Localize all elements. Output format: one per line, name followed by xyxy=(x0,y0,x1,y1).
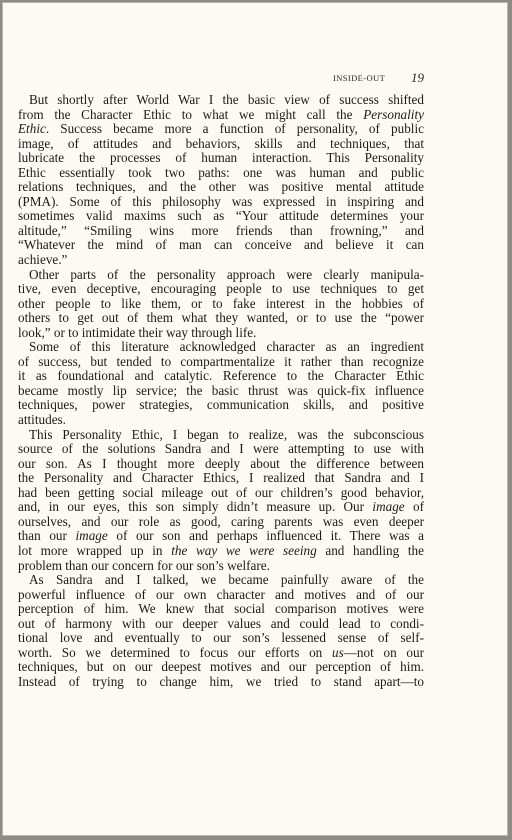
italic-text: the way we were seeing xyxy=(171,543,317,558)
text-line: achieve.” xyxy=(18,253,424,268)
text-line: other people to like them, or to fake in… xyxy=(18,297,424,312)
text-line: Some of this literature acknowledged cha… xyxy=(18,340,424,355)
text-line: lubricate the processes of human interac… xyxy=(18,151,424,166)
text-line: problem than our concern for our son’s w… xyxy=(18,559,424,574)
text-line: others to get out of them what they want… xyxy=(18,311,424,326)
paragraph: As Sandra and I talked, we became painfu… xyxy=(18,573,424,689)
page-number: 19 xyxy=(411,70,424,86)
text-line: of success, but tended to compartmentali… xyxy=(18,355,424,370)
text-line: sometimes valid maxims such as “Your att… xyxy=(18,209,424,224)
text-line: had been getting social mileage out of o… xyxy=(18,486,424,501)
text-line: look,” or to intimidate their way throug… xyxy=(18,326,424,341)
text-line: Ethic essentially took two paths: one wa… xyxy=(18,166,424,181)
text-line: tional love and eventually to our son’s … xyxy=(18,631,424,646)
italic-text: us xyxy=(332,645,344,660)
italic-text: Ethic xyxy=(18,121,46,136)
italic-text: image xyxy=(76,528,108,543)
text-line: lot more wrapped up in the way we were s… xyxy=(18,544,424,559)
text-line: As Sandra and I talked, we became painfu… xyxy=(18,573,424,588)
text-line: image, of attitudes and behaviors, skill… xyxy=(18,137,424,152)
text-line: it as foundational and catalytic. Refere… xyxy=(18,369,424,384)
text-line: source of the solutions Sandra and I wer… xyxy=(18,442,424,457)
text-line: “Whatever the mind of man can conceive a… xyxy=(18,238,424,253)
paragraph: Other parts of the personality approach … xyxy=(18,268,424,341)
text-line: This Personality Ethic, I began to reali… xyxy=(18,428,424,443)
text-line: relations techniques, and the other was … xyxy=(18,180,424,195)
text-line: tive, even deceptive, encouraging people… xyxy=(18,282,424,297)
italic-text: image xyxy=(372,499,404,514)
text-line: our son. As I thought more deeply about … xyxy=(18,457,424,472)
text-line: from the Character Ethic to what we migh… xyxy=(18,108,424,123)
running-head: Inside-Out 19 xyxy=(20,70,424,86)
text-line: out of harmony with our deeper values an… xyxy=(18,617,424,632)
text-line: powerful influence of our own character … xyxy=(18,588,424,603)
text-line: Instead of trying to change him, we trie… xyxy=(18,675,424,690)
paragraph: This Personality Ethic, I began to reali… xyxy=(18,428,424,573)
text-line: Ethic. Success became more a function of… xyxy=(18,122,424,137)
text-line: Other parts of the personality approach … xyxy=(18,268,424,283)
text-line: techniques, but on our deepest motives a… xyxy=(18,660,424,675)
text-line: attitudes. xyxy=(18,413,424,428)
running-title: Inside-Out xyxy=(333,73,385,83)
text-line: than our image of our son and perhaps in… xyxy=(18,529,424,544)
text-line: perception of him. We knew that social c… xyxy=(18,602,424,617)
paragraph: Some of this literature acknowledged cha… xyxy=(18,340,424,427)
text-line: the Personality and Character Ethics, I … xyxy=(18,471,424,486)
text-line: altitude,” “Smiling wins more friends th… xyxy=(18,224,424,239)
text-line: techniques, power strategies, communicat… xyxy=(18,398,424,413)
text-line: became mostly lip service; the basic thr… xyxy=(18,384,424,399)
paragraph: But shortly after World War I the basic … xyxy=(18,93,424,268)
text-line: But shortly after World War I the basic … xyxy=(18,93,424,108)
book-page: Inside-Out 19 But shortly after World Wa… xyxy=(2,2,508,836)
italic-text: Personality xyxy=(363,107,424,122)
body-text: But shortly after World War I the basic … xyxy=(18,93,424,689)
text-line: worth. So we determined to focus our eff… xyxy=(18,646,424,661)
text-line: and, in our eyes, this son simply didn’t… xyxy=(18,500,424,515)
text-line: (PMA). Some of this philosophy was expre… xyxy=(18,195,424,210)
text-line: ourselves, and our role as good, caring … xyxy=(18,515,424,530)
